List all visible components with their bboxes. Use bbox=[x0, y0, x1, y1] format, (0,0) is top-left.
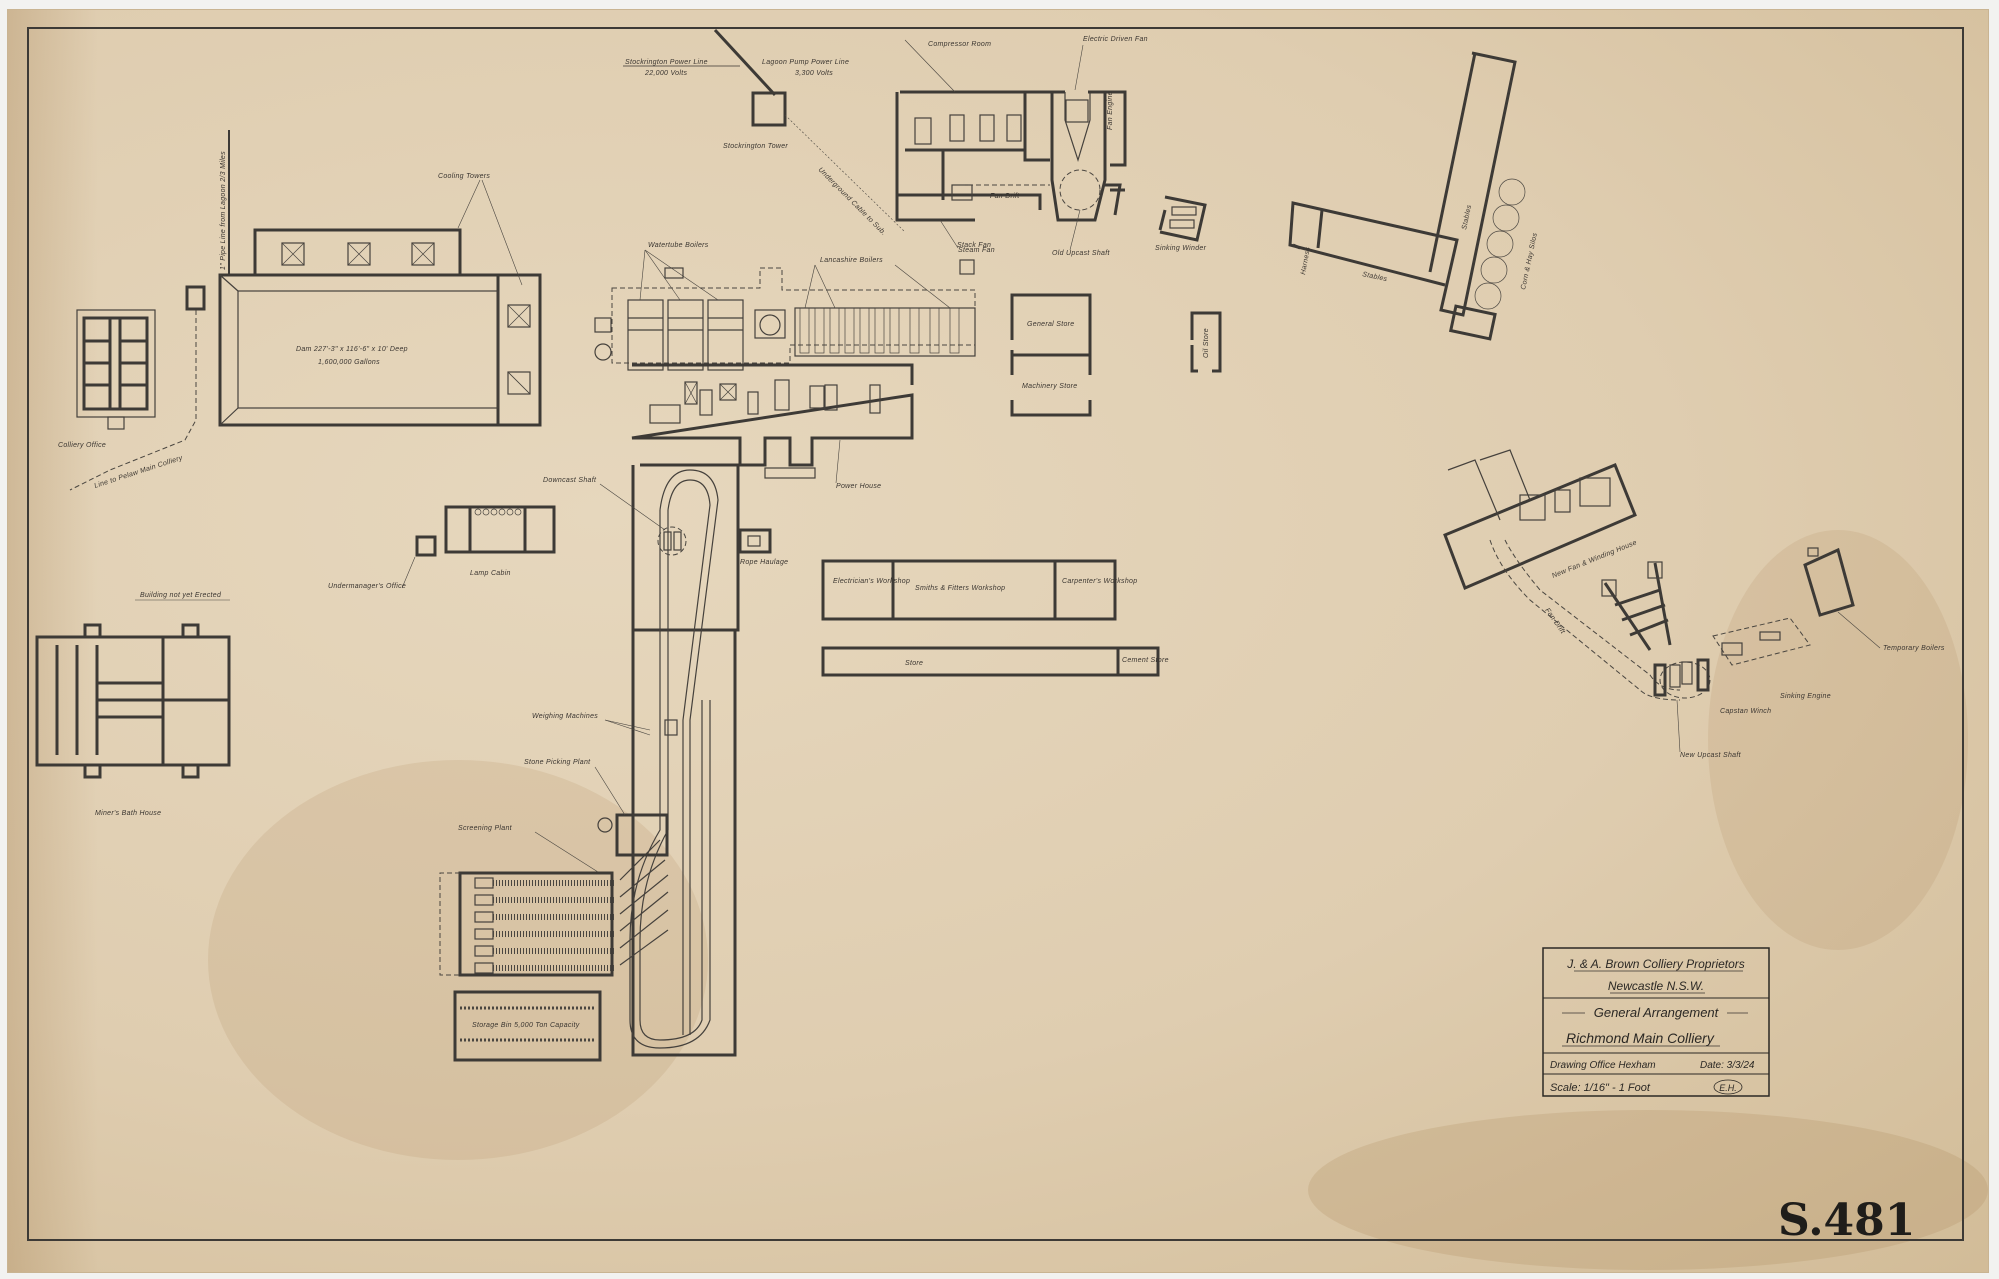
general-machinery-store: General Store Machinery Store bbox=[1012, 295, 1090, 415]
drawing-subtitle: Richmond Main Colliery bbox=[1566, 1030, 1715, 1046]
screening-plant: Screening Plant Stone Picking Plant Weig… bbox=[440, 713, 677, 975]
old-upcast-shaft-label: Old Upcast Shaft bbox=[1052, 250, 1110, 257]
colliery-office-label: Colliery Office bbox=[58, 442, 106, 449]
stables-2-label: Stables bbox=[1362, 271, 1389, 283]
drawing-scale: Scale: 1/16" - 1 Foot bbox=[1550, 1082, 1651, 1094]
stables-label: Stables bbox=[1461, 204, 1473, 231]
underground-cable bbox=[785, 115, 905, 232]
new-upcast-shaft-label: New Upcast Shaft bbox=[1680, 752, 1742, 759]
cement-store-label: Cement Store bbox=[1122, 657, 1169, 664]
colliery-office: Colliery Office Line to Pelaw Main Colli… bbox=[58, 310, 184, 490]
smiths-fitters-workshop-label: Smiths & Fitters Workshop bbox=[915, 585, 1005, 592]
fan-drift-2-label: Fan Drift bbox=[1543, 607, 1566, 636]
general-arrangement-drawing: Stockrington Power Line 22,000 Volts Lag… bbox=[0, 0, 1999, 1279]
electricians-workshop-label: Electrician's Workshop bbox=[833, 578, 910, 585]
stack-fan-label: Stack Fan bbox=[957, 242, 991, 249]
building-not-erected-label: Building not yet Erected bbox=[140, 592, 222, 599]
weighing-machines-label: Weighing Machines bbox=[532, 713, 598, 720]
lamp-cabin: Lamp Cabin bbox=[446, 507, 554, 577]
drawing-office: Drawing Office Hexham bbox=[1550, 1060, 1656, 1071]
machinery-store-label: Machinery Store bbox=[1022, 383, 1077, 390]
picking-belts bbox=[475, 878, 615, 973]
screening-plant-label: Screening Plant bbox=[458, 825, 513, 832]
undermanager-office: Undermanager's Office bbox=[328, 537, 435, 590]
watertube-boilers bbox=[628, 268, 743, 370]
corn-hay-silos-label: Corn & Hay Silos bbox=[1520, 232, 1539, 290]
power-house-label: Power House bbox=[836, 483, 881, 490]
dam-dimensions-label: Dam 227'-3" x 116'-6" x 10' Deep bbox=[296, 346, 408, 353]
compressor-room-label: Compressor Room bbox=[928, 41, 991, 48]
stockrington-volts-label: 22,000 Volts bbox=[644, 70, 687, 77]
drafter-initials: E.H. bbox=[1719, 1083, 1737, 1093]
sinking-plant: Capstan Winch Sinking Engine bbox=[1713, 618, 1831, 715]
dam: Dam 227'-3" x 116'-6" x 10' Deep 1,600,0… bbox=[220, 275, 498, 425]
storage-bin: Storage Bin 5,000 Ton Capacity bbox=[455, 992, 600, 1060]
stack-fan bbox=[960, 260, 974, 274]
company-name: J. & A. Brown Colliery Proprietors bbox=[1566, 957, 1745, 971]
new-fan-winding-house: New Fan & Winding House Fan Drift bbox=[1445, 450, 1680, 700]
miners-bath-house-label: Miner's Bath House bbox=[95, 810, 161, 817]
stone-picking-plant-label: Stone Picking Plant bbox=[524, 759, 591, 766]
lancashire-boilers-label: Lancashire Boilers bbox=[820, 257, 883, 264]
company-location: Newcastle N.S.W. bbox=[1608, 979, 1704, 993]
sinking-winder-label: Sinking Winder bbox=[1155, 245, 1207, 252]
downcast-shaft-label: Downcast Shaft bbox=[543, 477, 597, 484]
carpenters-workshop-label: Carpenter's Workshop bbox=[1062, 578, 1137, 585]
power-house: Power House bbox=[632, 365, 912, 490]
compressor-fan-complex: Compressor Room Electric Driven Fan Fan … bbox=[897, 36, 1148, 257]
power-line-group: Stockrington Power Line 22,000 Volts Lag… bbox=[623, 30, 905, 237]
underground-cable-label: Underground Cable to Sub. bbox=[817, 166, 888, 237]
rope-haulage-label: Rope Haulage bbox=[740, 559, 788, 566]
fan-engine-label: Fan Engine bbox=[1107, 91, 1114, 130]
cooling-towers-label: Cooling Towers bbox=[438, 173, 490, 180]
harness-label: Harness bbox=[1300, 246, 1312, 275]
lagoon-volts-label: 3,300 Volts bbox=[795, 70, 833, 77]
dam-capacity-label: 1,600,000 Gallons bbox=[318, 359, 380, 366]
lancashire-boilers bbox=[795, 308, 975, 356]
temporary-boilers-label: Temporary Boilers bbox=[1883, 645, 1945, 652]
watertube-boilers-label: Watertube Boilers bbox=[648, 242, 709, 249]
rope-haulage: Rope Haulage bbox=[740, 530, 788, 566]
drawing-date: Date: 3/3/24 bbox=[1700, 1060, 1755, 1071]
sinking-engine-label: Sinking Engine bbox=[1780, 693, 1831, 700]
drawing-title: General Arrangement bbox=[1594, 1005, 1720, 1020]
title-block: J. & A. Brown Colliery Proprietors Newca… bbox=[1543, 948, 1769, 1096]
store-label: Store bbox=[905, 660, 923, 667]
new-upcast-shaft: New Upcast Shaft bbox=[1602, 562, 1742, 759]
workshops: Electrician's Workshop Smiths & Fitters … bbox=[823, 561, 1169, 675]
pipe-line-label: 1" Pipe Line from Lagoon 2/3 Miles bbox=[220, 151, 227, 270]
miners-bath-house: Building not yet Erected Miner's Bath Ho… bbox=[37, 592, 230, 817]
storage-bin-label: Storage Bin 5,000 Ton Capacity bbox=[472, 1022, 580, 1029]
boiler-house: Watertube Boilers Lancashire Boilers Sta… bbox=[595, 242, 991, 370]
lamp-cabin-label: Lamp Cabin bbox=[470, 570, 511, 577]
sheet-number: S.481 bbox=[1778, 1195, 1915, 1246]
oil-store-label: Oil Store bbox=[1203, 328, 1210, 358]
stockrington-tower bbox=[753, 93, 785, 125]
lagoon-power-line-label: Lagoon Pump Power Line bbox=[762, 59, 849, 66]
oil-store: Oil Store bbox=[1192, 313, 1220, 371]
capstan-winch-label: Capstan Winch bbox=[1720, 708, 1771, 715]
stockrington-tower-label: Stockrington Tower bbox=[723, 143, 788, 150]
line-to-pelaw-label: Line to Pelaw Main Colliery bbox=[93, 455, 183, 490]
general-store-label: General Store bbox=[1027, 321, 1074, 328]
electric-driven-fan-label: Electric Driven Fan bbox=[1083, 36, 1148, 43]
stables: Stables Stables Harness Corn & Hay Silos bbox=[1290, 53, 1539, 339]
sinking-winder: Sinking Winder bbox=[1155, 197, 1207, 252]
fan-drift-label: Fan Drift bbox=[990, 193, 1020, 200]
undermanager-office-label: Undermanager's Office bbox=[328, 583, 406, 590]
temporary-boilers: Temporary Boilers bbox=[1805, 548, 1945, 652]
drawing-border bbox=[28, 28, 1963, 1240]
stockrington-power-line-label: Stockrington Power Line bbox=[625, 59, 708, 66]
